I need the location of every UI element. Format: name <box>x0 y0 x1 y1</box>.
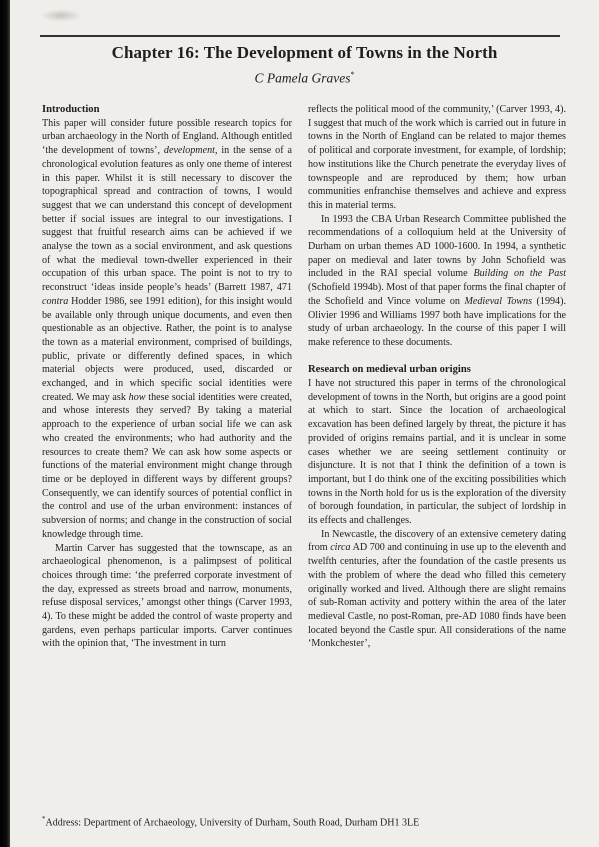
footnote-text: Address: Department of Archaeology, Univ… <box>46 817 420 828</box>
scan-smudge-artifact <box>40 9 82 22</box>
section-heading: Research on medieval urban origins <box>308 363 566 377</box>
text-run: Hodder 1986, see 1991 edition), for this… <box>42 296 292 403</box>
italic-text-run: how <box>129 392 146 403</box>
right-column: reflects the political mood of the commu… <box>308 103 566 809</box>
scan-edge-strip <box>0 0 10 847</box>
body-paragraph: In Newcastle, the discovery of an extens… <box>308 528 566 651</box>
italic-text-run: Medieval Towns <box>464 296 532 307</box>
scanned-paper-page: Chapter 16: The Development of Towns in … <box>0 0 599 847</box>
text-run: AD 700 and continuing in use up to the e… <box>308 542 566 649</box>
author-name: C Pamela Graves <box>255 71 351 86</box>
text-run: Martin Carver has suggested that the tow… <box>42 543 292 650</box>
italic-text-run: circa <box>330 542 350 553</box>
left-column: IntroductionThis paper will consider fut… <box>42 103 292 809</box>
body-paragraph: reflects the political mood of the commu… <box>308 103 566 213</box>
text-run: these social identities were created, an… <box>42 392 292 540</box>
italic-text-run: contra <box>42 296 68 307</box>
two-column-body: IntroductionThis paper will consider fut… <box>42 103 566 809</box>
body-paragraph: In 1993 the CBA Urban Research Committee… <box>308 213 566 350</box>
body-paragraph: This paper will consider future possible… <box>42 117 292 542</box>
chapter-title: Chapter 16: The Development of Towns in … <box>10 43 599 63</box>
header-rule <box>40 35 560 37</box>
body-paragraph: Martin Carver has suggested that the tow… <box>42 542 292 652</box>
author-note-marker: * <box>350 70 354 79</box>
text-run: I have not structured this paper in term… <box>308 378 566 526</box>
italic-text-run: development <box>164 145 215 156</box>
body-paragraph: I have not structured this paper in term… <box>308 377 566 528</box>
address-footnote: *Address: Department of Archaeology, Uni… <box>42 813 569 829</box>
text-run: , in the sense of a chronological evolut… <box>42 145 292 293</box>
italic-text-run: Building on the Past <box>473 268 566 279</box>
text-run: reflects the political mood of the commu… <box>308 104 566 211</box>
author-byline: C Pamela Graves* <box>10 67 599 87</box>
section-heading: Introduction <box>42 103 292 117</box>
